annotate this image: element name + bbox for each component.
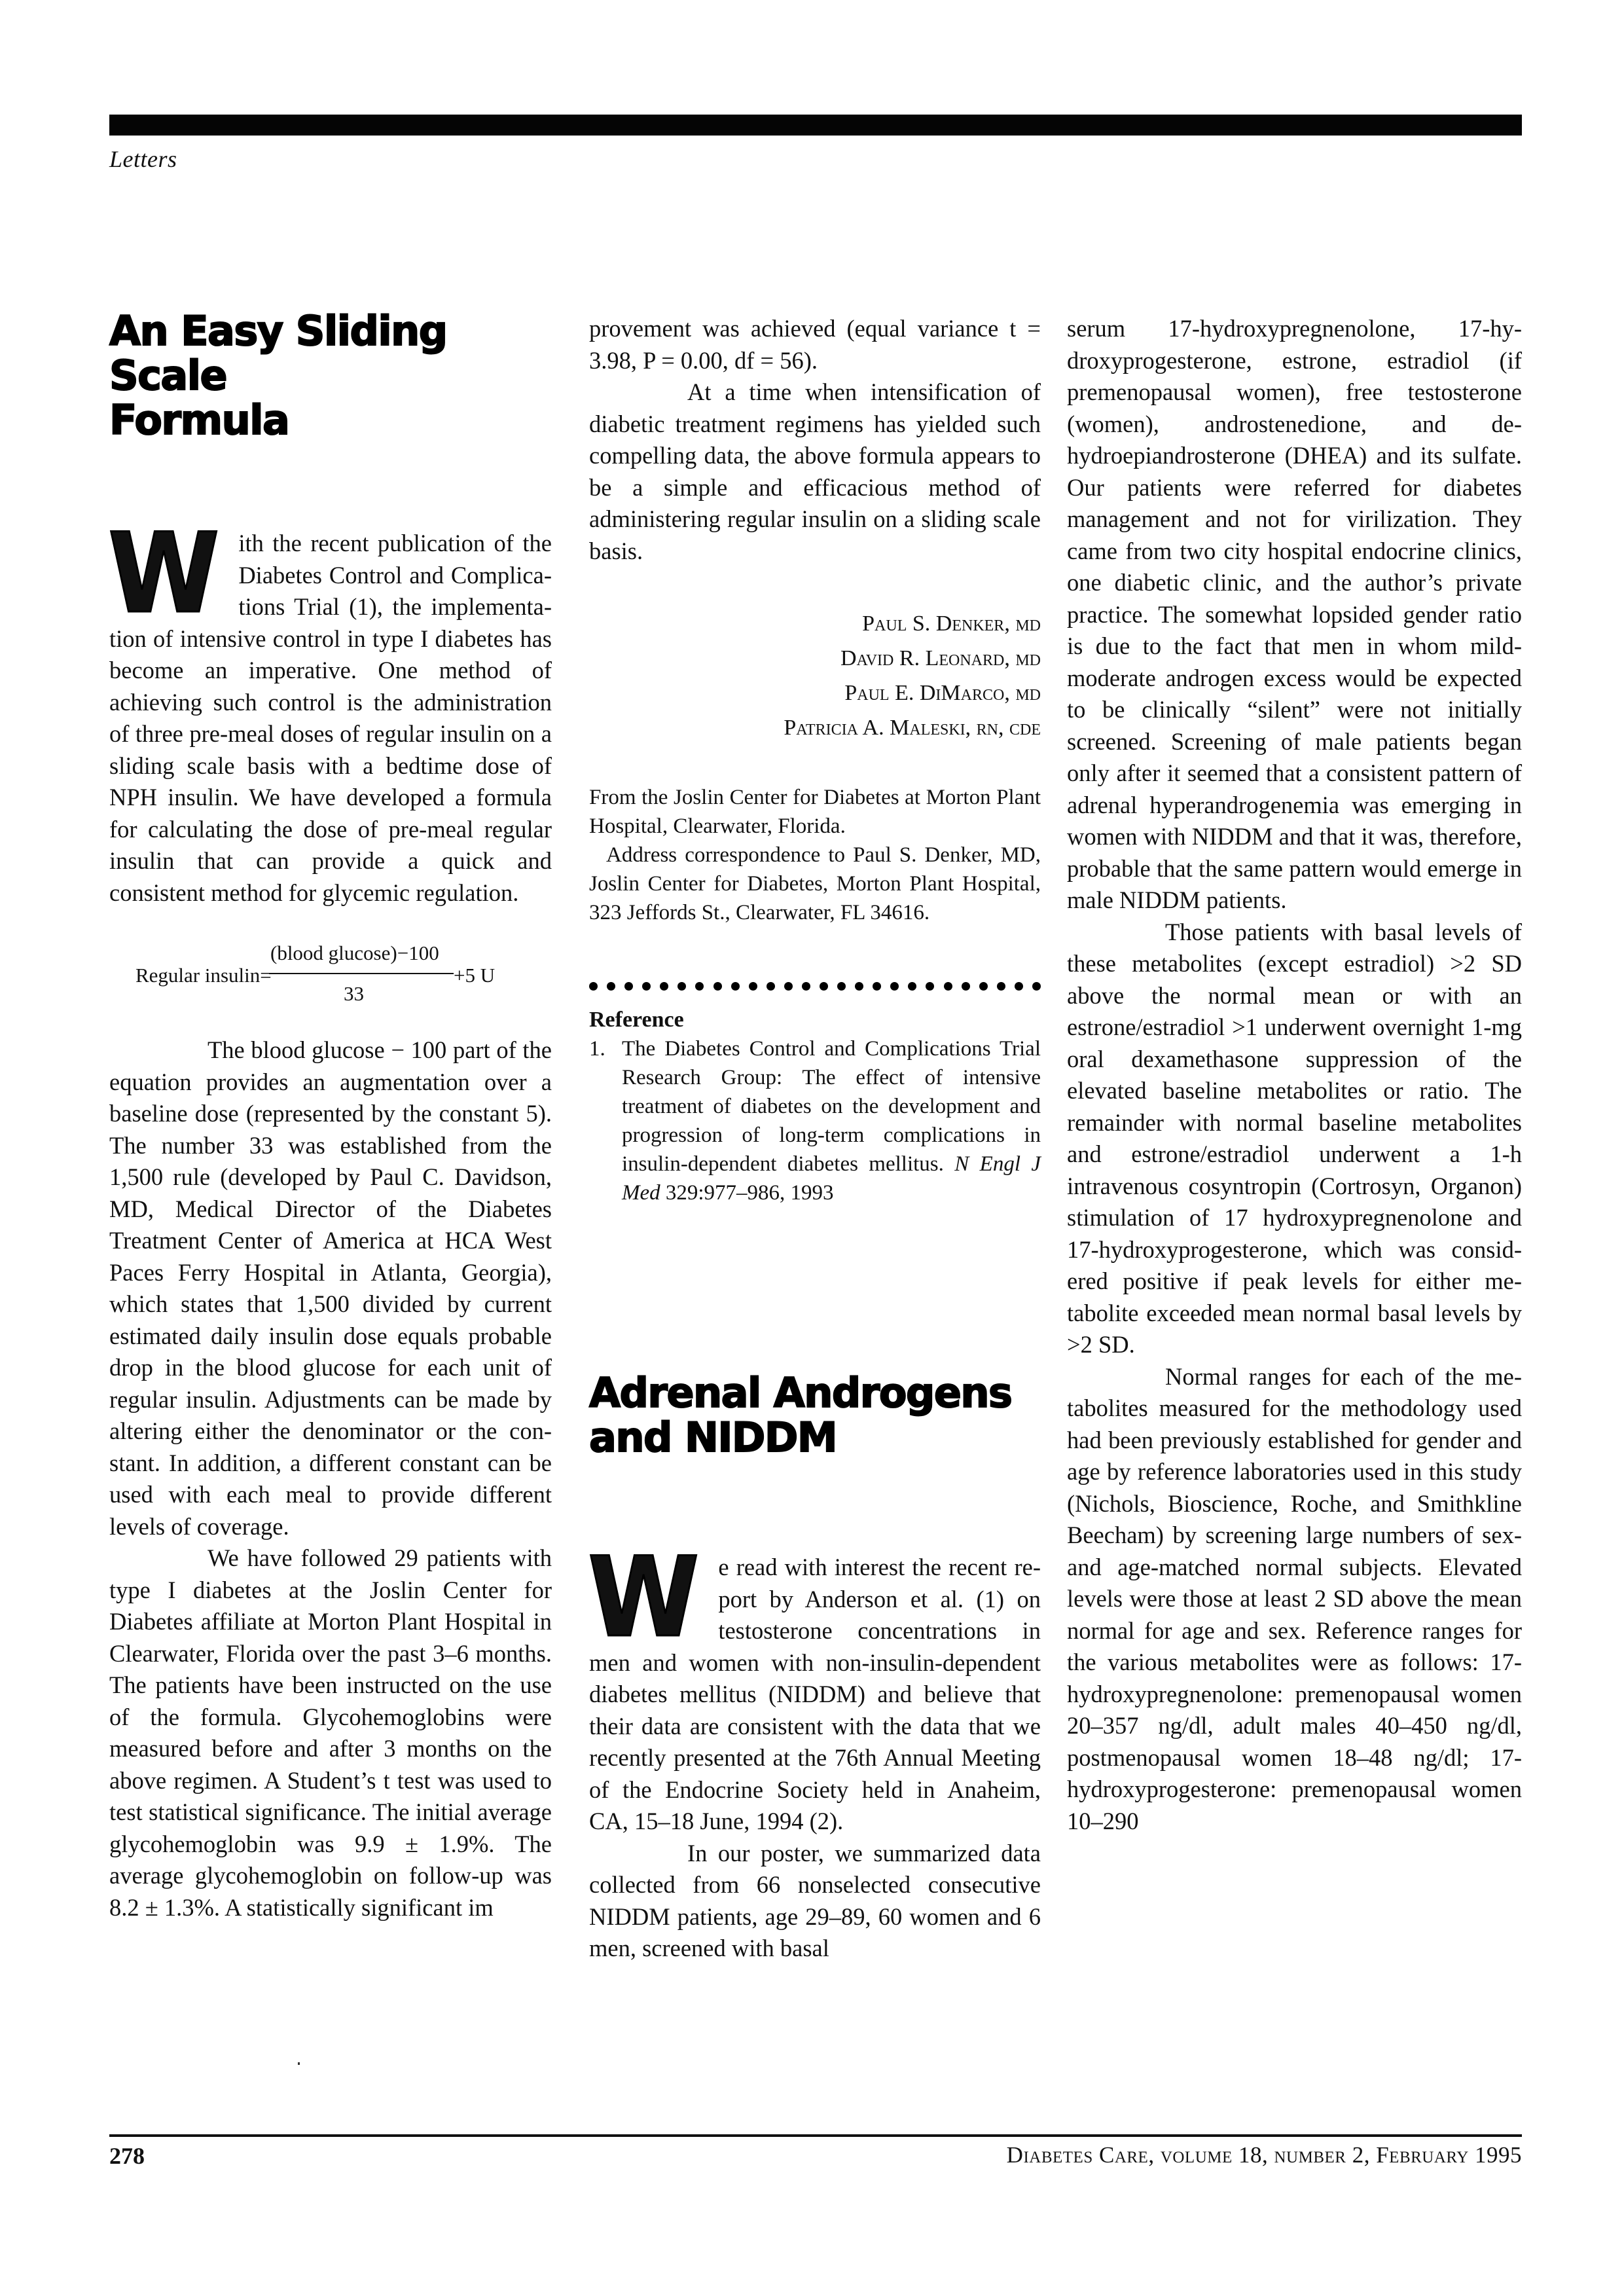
article2-para2-continued: serum 17-hydroxypregnenolone, 17-hy­drox…	[1067, 313, 1522, 917]
formula-fraction-bar	[269, 973, 454, 974]
article1-para4: At a time when intensification of diabet…	[589, 376, 1041, 567]
reference-text: The Diabetes Control and Complications T…	[622, 1034, 1041, 1207]
spacer	[589, 1207, 1041, 1371]
footer-rule	[109, 2134, 1522, 2137]
article2-para4: Normal ranges for each of the me­tabolit…	[1067, 1361, 1522, 1838]
article1-title-line2: Formula	[109, 396, 289, 444]
correspondence: Address correspondence to Paul S. Denker…	[589, 841, 1041, 927]
formula-lhs: Regular insulin=	[135, 960, 272, 992]
article2-para3: Those patients with basal levels of thes…	[1067, 917, 1522, 1361]
affiliation-block: From the Joslin Center for Diabetes at M…	[589, 783, 1041, 927]
header-rule	[109, 115, 1522, 136]
affiliation: From the Joslin Center for Diabetes at M…	[589, 783, 1041, 841]
article2-para1: We read with interest the recent re­port…	[589, 1552, 1041, 1838]
article2-dropcap: W	[588, 1554, 699, 1646]
reference-item: 1. The Diabetes Control and Complication…	[589, 1034, 1041, 1207]
author-list: Paul S. Denker, md David R. Leonard, md …	[589, 606, 1041, 745]
formula-rhs: +5 U	[454, 960, 495, 992]
formula-denominator: 33	[344, 978, 364, 1010]
column-3: serum 17-hydroxypregnenolone, 17-hy­drox…	[1067, 313, 1522, 1837]
article2-title-line2: and NIDDM	[589, 1413, 837, 1461]
sliding-scale-formula: Regular insulin= (blood glucose)−100 33 …	[109, 932, 552, 1017]
author-3: Paul E. DiMarco, md	[589, 676, 1041, 710]
article1-para2: The blood glucose − 100 part of the equa…	[109, 1034, 552, 1542]
article2-title-line1: Adrenal Androgens	[589, 1369, 1011, 1417]
author-1: Paul S. Denker, md	[589, 606, 1041, 641]
article1-title-line1: An Easy Sliding Scale	[109, 307, 447, 399]
article1-dropcap: W	[108, 530, 219, 622]
page-number: 278	[109, 2142, 145, 2170]
article1-para3-continued: provement was achieved (equal variance t…	[589, 313, 1041, 376]
article1-title: An Easy Sliding Scale Formula	[109, 309, 552, 443]
reference-heading: Reference	[589, 1006, 1041, 1034]
article2-para2: In our poster, we summarized data collec…	[589, 1838, 1041, 1965]
author-2: David R. Leonard, md	[589, 641, 1041, 676]
article1-para1: With the recent publication of the Diabe…	[109, 528, 552, 909]
reference-list: 1. The Diabetes Control and Complication…	[589, 1034, 1041, 1207]
reference-number: 1.	[589, 1034, 622, 1207]
journal-citation: Diabetes Care, volume 18, number 2, Febr…	[1007, 2142, 1522, 2168]
formula-numerator: (blood glucose)−100	[270, 938, 439, 970]
column-2: provement was achieved (equal variance t…	[589, 313, 1041, 1965]
section-label: Letters	[109, 145, 177, 173]
author-4: Patricia A. Maleski, rn, cde	[589, 710, 1041, 745]
article2-title: Adrenal Androgens and NIDDM	[589, 1371, 1041, 1460]
scan-speck	[298, 2062, 300, 2065]
dotted-separator	[589, 982, 1041, 1002]
article1-para3: We have followed 29 patients with type I…	[109, 1542, 552, 1923]
column-1: An Easy Sliding Scale Formula With the r…	[109, 309, 552, 1923]
